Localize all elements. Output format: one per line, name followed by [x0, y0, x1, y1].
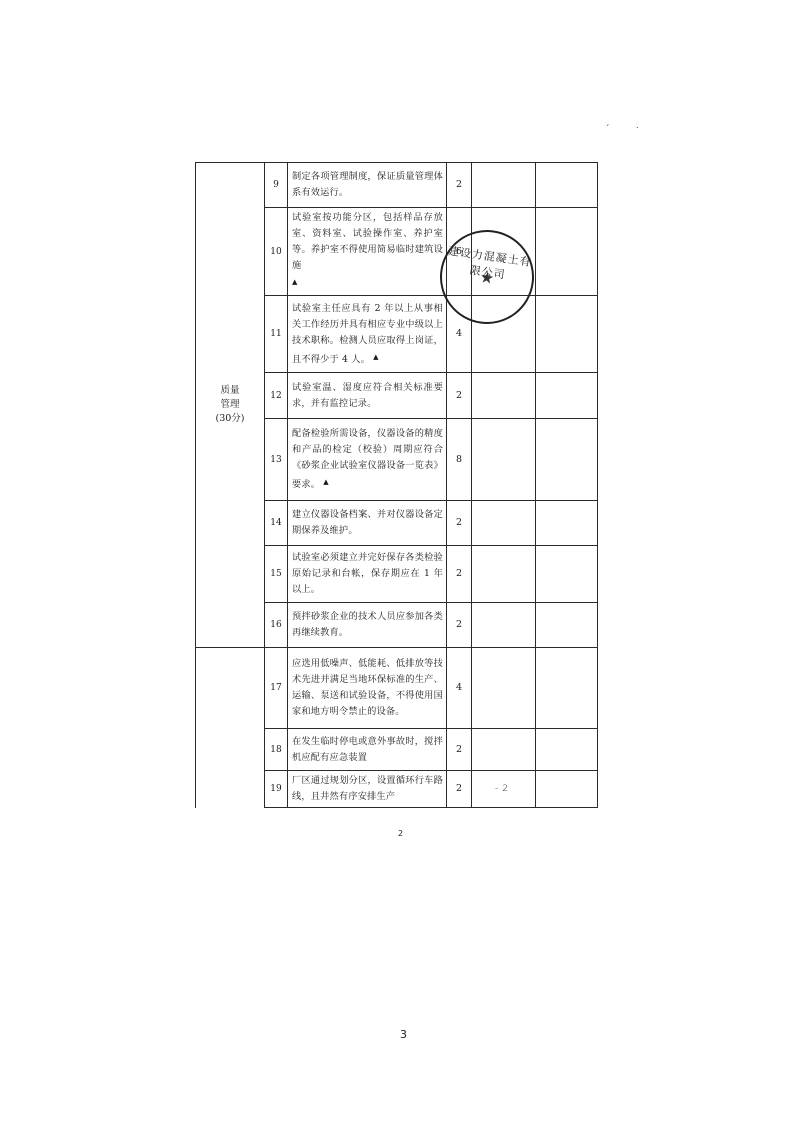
row-number: 18	[265, 729, 288, 771]
table-row: 质量 管理 (30分) 9 制定各项管理制度，保证质量管理体系有效运行。 2	[196, 163, 598, 208]
row-score: 2	[447, 546, 472, 603]
row-remark	[536, 771, 598, 808]
inner-page-number: 2	[398, 829, 403, 838]
category-name-line2: 管理	[196, 398, 264, 412]
row-number: 11	[265, 296, 288, 373]
row-content: 预拌砂浆企业的技术人员应参加各类再继续教育。	[288, 603, 447, 648]
key-item-marker-icon: ▲	[323, 478, 329, 486]
row-deduction	[472, 729, 536, 771]
row-content-cell: 试验室主任应具有 2 年以上从事相关工作经历并具有相应专业中级以上技术职称。检测…	[288, 296, 447, 373]
row-score: 4	[447, 648, 472, 729]
row-deduction	[472, 373, 536, 419]
category-cell: 质量 管理 (30分)	[196, 163, 265, 648]
page-number: 3	[400, 1028, 407, 1041]
row-number: 14	[265, 501, 288, 546]
row-number: 19	[265, 771, 288, 808]
scan-speck: ˊ	[605, 125, 610, 135]
row-content-cell: 配备检验所需设备，仪器设备的精度和产品的检定（校验）周期应符合《砂浆企业试验室仪…	[288, 419, 447, 501]
row-remark	[536, 296, 598, 373]
row-content: 建立仪器设备档案、并对仪器设备定期保养及维护。	[288, 501, 447, 546]
key-item-marker-icon: ▲	[373, 353, 379, 361]
row-remark	[536, 501, 598, 546]
row-score: 2	[447, 603, 472, 648]
row-remark	[536, 208, 598, 296]
row-score: 2	[447, 163, 472, 208]
row-content: 厂区通过规划分区，设置循环行车路线，且井然有序安排生产	[288, 771, 447, 808]
row-number: 10	[265, 208, 288, 296]
row-score: 2	[447, 729, 472, 771]
row-score: 2	[447, 771, 472, 808]
row-deduction	[472, 163, 536, 208]
row-score: 2	[447, 373, 472, 419]
row-remark	[536, 648, 598, 729]
row-deduction	[472, 603, 536, 648]
row-remark	[536, 419, 598, 501]
row-deduction	[472, 501, 536, 546]
row-content: 试验室必须建立并完好保存各类检验原始记录和台帐，保存期应在 1 年以上。	[288, 546, 447, 603]
row-number: 17	[265, 648, 288, 729]
row-content: 试验室主任应具有 2 年以上从事相关工作经历并具有相应专业中级以上技术职称。检测…	[292, 303, 443, 365]
row-remark	[536, 163, 598, 208]
row-deduction-handwritten: -2	[472, 771, 536, 808]
row-content: 试验室按功能分区，包括样品存放室、资料室、试验操作室、养护室等。养护室不得使用简…	[292, 212, 443, 271]
row-content: 配备检验所需设备，仪器设备的精度和产品的检定（校验）周期应符合《砂浆企业试验室仪…	[292, 428, 443, 490]
evaluation-table: 质量 管理 (30分) 9 制定各项管理制度，保证质量管理体系有效运行。 2 1…	[195, 162, 598, 808]
category-name-line1: 质量	[196, 384, 264, 398]
row-remark	[536, 546, 598, 603]
row-content: 试验室温、湿度应符合相关标准要求，并有监控记录。	[288, 373, 447, 419]
row-number: 16	[265, 603, 288, 648]
row-content: 在发生临时停电或意外事故时，搅拌机应配有应急装置	[288, 729, 447, 771]
row-deduction	[472, 546, 536, 603]
row-deduction	[472, 648, 536, 729]
row-number: 9	[265, 163, 288, 208]
row-content: 应选用低噪声、低能耗、低排放等技术先进并满足当地环保标准的生产、运输、泵送和试验…	[288, 648, 447, 729]
row-number: 12	[265, 373, 288, 419]
category-cell-empty	[196, 648, 265, 808]
row-number: 15	[265, 546, 288, 603]
row-score: 8	[447, 419, 472, 501]
row-deduction	[472, 419, 536, 501]
key-item-marker-icon: ▲	[292, 278, 298, 286]
row-remark	[536, 373, 598, 419]
table-row: 17 应选用低噪声、低能耗、低排放等技术先进并满足当地环保标准的生产、运输、泵送…	[196, 648, 598, 729]
row-remark	[536, 729, 598, 771]
category-points: (30分)	[196, 412, 264, 426]
row-remark	[536, 603, 598, 648]
row-content: 制定各项管理制度，保证质量管理体系有效运行。	[288, 163, 447, 208]
row-content-cell: 试验室按功能分区，包括样品存放室、资料室、试验操作室、养护室等。养护室不得使用简…	[288, 208, 447, 296]
row-number: 13	[265, 419, 288, 501]
row-score: 2	[447, 501, 472, 546]
scan-speck: ˙	[635, 127, 640, 137]
